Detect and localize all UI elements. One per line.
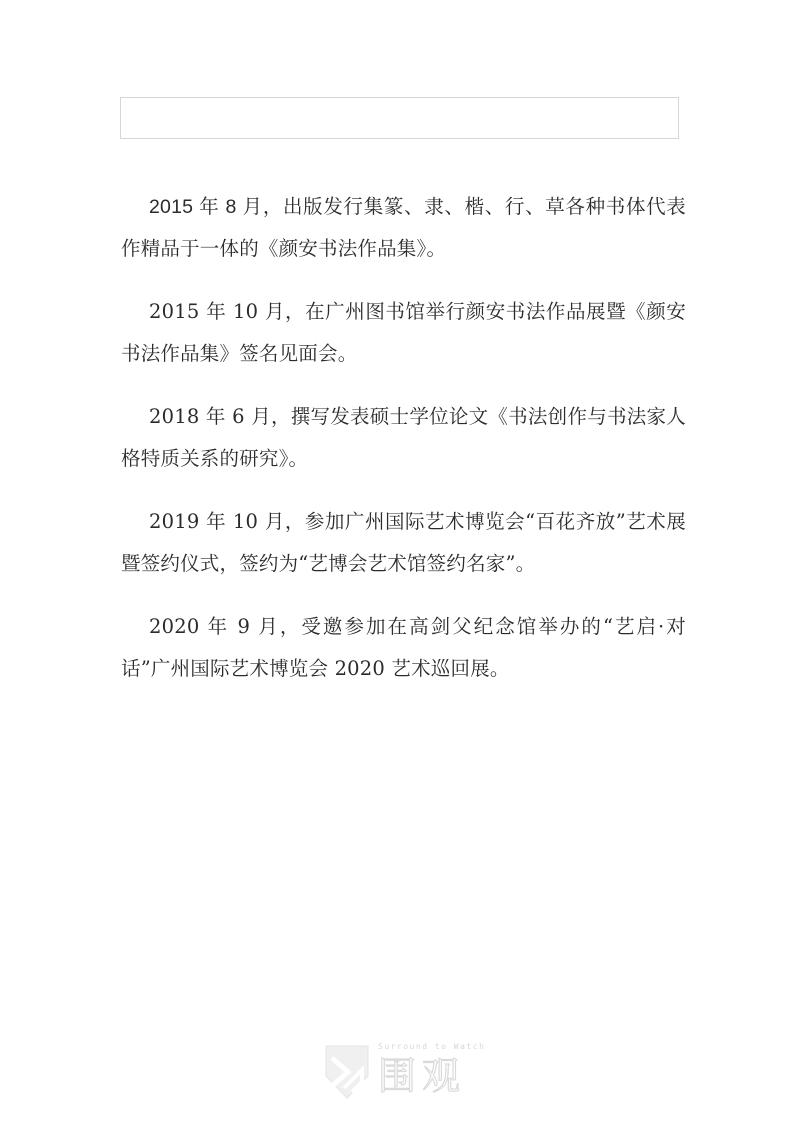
header-box <box>120 97 679 139</box>
paragraph-2020-sep: 2020 年 9 月，受邀参加在高剑父纪念馆举办的“艺启·对话”广州国际艺术博览… <box>121 606 686 690</box>
paragraph-2015-aug: 2015 年 8 月，出版发行集篆、隶、楷、行、草各种书体代表作精品于一体的《颜… <box>121 186 686 270</box>
paragraph-2019-oct: 2019 年 10 月，参加广州国际艺术博览会“百花齐放”艺术展暨签约仪式，签约… <box>121 501 686 585</box>
watermark: Surround to Watch 围观 <box>322 1040 482 1104</box>
watermark-brand: 围观 <box>378 1054 466 1098</box>
shield-logo-icon <box>322 1042 372 1106</box>
paragraph-2015-oct: 2015 年 10 月，在广州图书馆举行颜安书法作品展暨《颜安书法作品集》签名见… <box>121 291 686 375</box>
paragraph-2018-jun: 2018 年 6 月，撰写发表硕士学位论文《书法创作与书法家人格特质关系的研究》… <box>121 396 686 480</box>
document-body: 2015 年 8 月，出版发行集篆、隶、楷、行、草各种书体代表作精品于一体的《颜… <box>121 186 686 711</box>
watermark-tagline: Surround to Watch <box>378 1042 485 1051</box>
